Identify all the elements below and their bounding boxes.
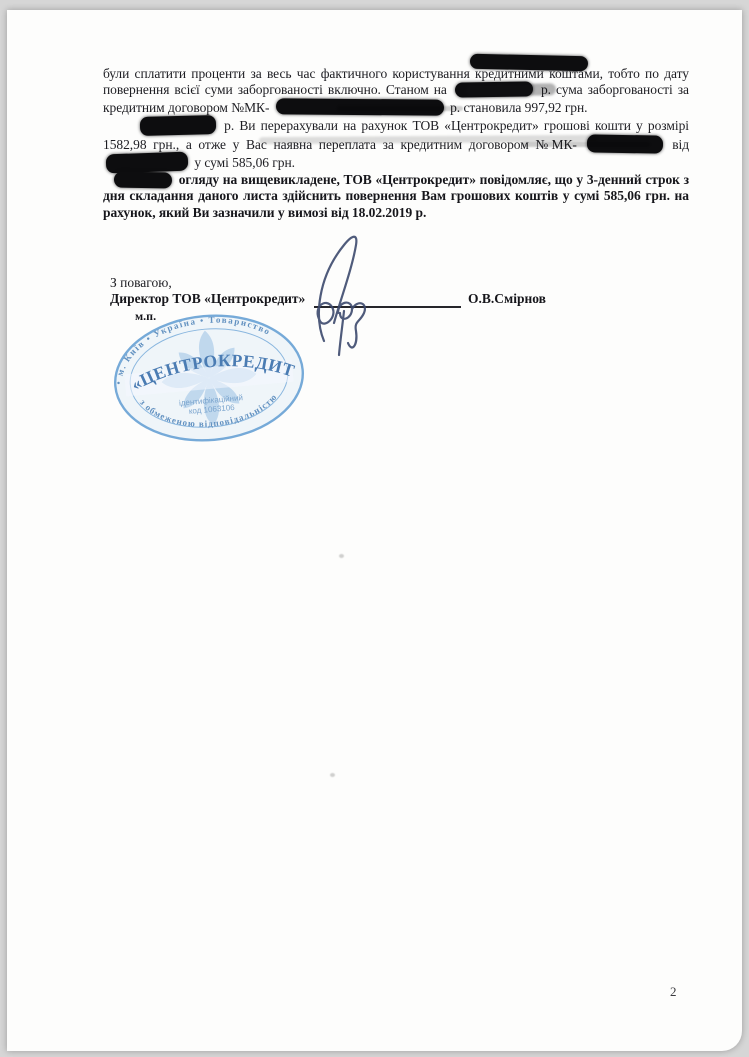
paragraph-1-text-c: р. становила 997,92 грн. [450, 100, 587, 115]
redaction-bar [106, 152, 189, 174]
page-number: 2 [670, 984, 677, 1000]
closing-regards: З повагою, [110, 275, 172, 291]
company-stamp: • м. Київ • Україна • Товариство з обмеж… [102, 302, 317, 453]
paragraph-3-text: огляду на вищевикладене, ТОВ «Центрокред… [103, 172, 689, 220]
redaction-bar [276, 98, 444, 115]
paragraph-2-text-c: у сумі 585,06 грн. [194, 155, 295, 170]
paragraph-2: р. Ви перерахували на рахунок ТОВ «Центр… [103, 116, 689, 172]
scanned-letter: були сплатити проценти за весь час факти… [7, 10, 742, 1051]
handwritten-signature [294, 225, 426, 359]
scan-speck [339, 554, 344, 558]
redaction-bar [455, 82, 533, 98]
signatory-name: О.В.Смірнов [468, 291, 546, 307]
paragraph-1: були сплатити проценти за весь час факти… [103, 66, 689, 116]
document-page: були сплатити проценти за весь час факти… [7, 10, 742, 1051]
paragraph-2-text-b: від [672, 137, 689, 152]
scan-speck [330, 773, 335, 777]
paragraph-3: огляду на вищевикладене, ТОВ «Центрокред… [103, 172, 689, 221]
redaction-bar [140, 115, 216, 136]
letter-body-text: були сплатити проценти за весь час факти… [103, 66, 689, 221]
redaction-bar [114, 172, 172, 189]
redaction-bar [586, 134, 662, 153]
